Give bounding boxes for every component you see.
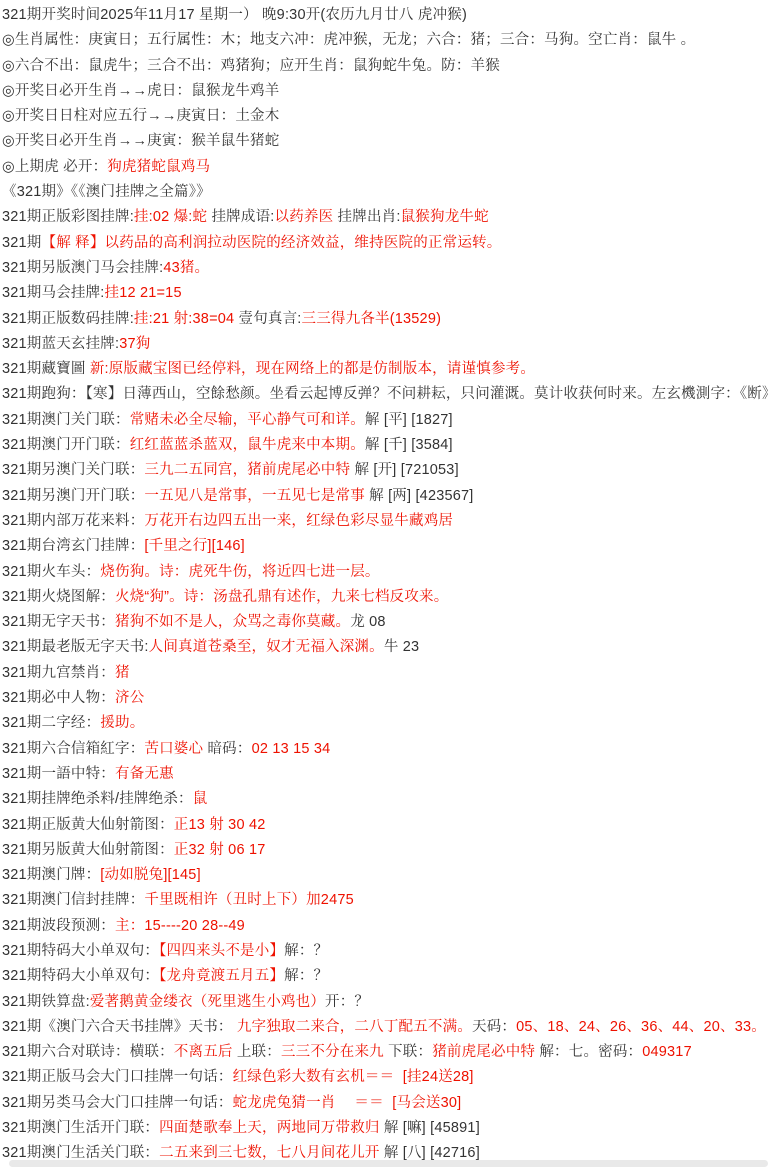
highlight-segment: 火烧“狗”。诗：汤盘孔鼎有述作，九来七档反攻来。 — [115, 589, 448, 605]
text-line: 321期马会挂牌:挂12 21=15 — [2, 281, 768, 306]
text-segment: 321期澳门关门联： — [2, 412, 130, 428]
highlight-segment: 二五来到三七数，七八月间花儿开 — [159, 1145, 384, 1161]
text-line: 321期九宫禁肖：猪 — [2, 661, 768, 686]
text-segment: 《321期》《《澳门挂牌之全篇》》 — [2, 184, 211, 200]
text-line: 321期蓝天玄挂牌:37狗 — [2, 332, 768, 357]
text-segment: 321期正版马会大门口挂牌一句话： — [2, 1069, 233, 1085]
text-segment: 321期特码大小单双句： — [2, 943, 159, 959]
highlight-segment: 【解 释】以药品的高利润拉动医院的经济效益，维持医院的正常运转。 — [42, 235, 502, 251]
highlight-segment: 049317 — [642, 1044, 692, 1060]
highlight-segment: 狗虎猪蛇鼠鸡马 — [107, 159, 210, 175]
highlight-segment: 济公 — [115, 690, 144, 706]
text-segment: 321期九宫禁肖： — [2, 665, 115, 681]
text-segment: 解：七。密码： — [535, 1044, 642, 1060]
text-line: 321期藏寶圖 新:原版藏宝图已经停料，现在网络上的都是仿制版本，请谨慎参考。 — [2, 357, 768, 382]
text-segment: 321期另版黄大仙射箭图： — [2, 842, 174, 858]
highlight-segment: 有备无惠 — [115, 766, 174, 782]
text-line: ◎上期虎 必开：狗虎猪蛇鼠鸡马 — [2, 155, 768, 180]
highlight-segment: 【四四来头不是小】 — [159, 943, 284, 959]
text-segment: 321期火烧图解： — [2, 589, 115, 605]
text-line: 321期另版澳门马会挂牌:43猪。 — [2, 256, 768, 281]
text-line: ◎开奖日必开生肖→→虎日：鼠猴龙牛鸡羊 — [2, 79, 768, 104]
text-line: 321期【解 释】以药品的高利润拉动医院的经济效益，维持医院的正常运转。 — [2, 231, 768, 256]
highlight-segment: [动如脱兔][145] — [100, 867, 201, 883]
text-line: 321期一語中特：有备无惠 — [2, 762, 768, 787]
text-segment: 下联： — [384, 1044, 432, 1060]
highlight-segment: 猪前虎尾必中特 — [432, 1044, 535, 1060]
text-segment: 321期另澳门关门联： — [2, 462, 144, 478]
text-segment: 321期内部万花来料： — [2, 513, 144, 529]
text-segment: 暗码： — [203, 741, 251, 757]
text-segment: 321期澳门生活开门联： — [2, 1120, 159, 1136]
text-segment: 321期一語中特： — [2, 766, 115, 782]
text-line: 321期挂牌绝杀料/挂牌绝杀：鼠 — [2, 787, 768, 812]
text-segment: 321期火车头： — [2, 564, 100, 580]
text-segment: 321期正版数码挂牌: — [2, 311, 134, 327]
highlight-segment: 红绿色彩大数有玄机＝＝ [挂24送28] — [233, 1069, 474, 1085]
text-line: ◎开奖日日柱对应五行→→庚寅日：土金木 — [2, 104, 768, 129]
text-segment: 321期铁算盘: — [2, 994, 90, 1010]
text-segment: ◎开奖日必开生肖→→虎日：鼠猴龙牛鸡羊 — [2, 83, 279, 99]
text-segment: 321期正版黄大仙射箭图： — [2, 817, 174, 833]
highlight-segment: 主：15----20 28--49 — [115, 918, 245, 934]
text-segment: 321期台湾玄门挂牌： — [2, 538, 144, 554]
text-line: 321期正版数码挂牌:挂:21 射:38=04 壹句真言:三三得九各半(1352… — [2, 307, 768, 332]
text-line: 321期六合信箱紅字：苦口婆心 暗码：02 13 15 34 — [2, 737, 768, 762]
text-line: 《321期》《《澳门挂牌之全篇》》 — [2, 180, 768, 205]
text-line: 321期另澳门开门联：一五见八是常事，一五见七是常事 解 [两] [423567… — [2, 484, 768, 509]
highlight-segment: 千里既相许（丑时上下）加2475 — [144, 892, 353, 908]
text-segment: 321期《澳门六合天书挂牌》天书： — [2, 1019, 237, 1035]
text-line: 321期特码大小单双句：【四四来头不是小】解：？ — [2, 939, 768, 964]
text-line: 321期另版黄大仙射箭图：正32 射 06 17 — [2, 838, 768, 863]
highlight-segment: 三三得九各半(13529) — [302, 311, 442, 327]
text-segment: 牛 23 — [384, 639, 419, 655]
highlight-segment: 不离五后 — [174, 1044, 233, 1060]
text-segment: 解：？ — [284, 943, 328, 959]
text-line: 321期波段预测：主：15----20 28--49 — [2, 914, 768, 939]
highlight-segment: 常赌未必全尽输，平心静气可和详。 — [130, 412, 365, 428]
text-line: 321期无字天书：猪狗不如不是人，众骂之毒你莫藏。龙 08 — [2, 610, 768, 635]
highlight-segment: [千里之行][146] — [144, 538, 245, 554]
highlight-segment: 爱著鹅黄金缕衣（死里逃生小鸡也） — [90, 994, 325, 1010]
text-line: 321期六合对联诗：横联：不离五后 上联：三三不分在来九 下联：猪前虎尾必中特 … — [2, 1040, 768, 1065]
text-segment: 挂牌成语: — [207, 209, 274, 225]
text-segment: 解：？ — [284, 968, 328, 984]
text-segment: 挂牌出肖: — [333, 209, 400, 225]
text-line: 321期正版彩图挂牌:挂:02 爆:蛇 挂牌成语:以药养医 挂牌出肖:鼠猴狗龙牛… — [2, 205, 768, 230]
highlight-segment: 三三不分在来九 — [281, 1044, 384, 1060]
highlight-segment: 鼠猴狗龙牛蛇 — [401, 209, 489, 225]
text-segment: 321期澳门开门联： — [2, 437, 130, 453]
text-segment: 龙 08 — [350, 614, 385, 630]
highlight-segment: 05、18、24、26、36、44、20、33。 — [516, 1019, 766, 1035]
highlight-segment: 以药养医 — [275, 209, 334, 225]
text-segment: 321期澳门牌： — [2, 867, 100, 883]
highlight-segment: 九字独取二来合，二八丁配五不满。 — [237, 1019, 472, 1035]
highlight-segment: 四面楚歌奉上天，两地同万带救归 — [159, 1120, 384, 1136]
text-line: 321期澳门牌：[动如脱兔][145] — [2, 863, 768, 888]
text-segment: 解 [开] [721053] — [354, 462, 458, 478]
text-segment: 321期特码大小单双句： — [2, 968, 159, 984]
text-line: 321期澳门关门联：常赌未必全尽输，平心静气可和详。解 [平] [1827] — [2, 408, 768, 433]
text-segment: 321期正版彩图挂牌: — [2, 209, 134, 225]
text-line: ◎生肖属性：庚寅日；五行属性：木；地支六冲：虎冲猴，无龙；六合：猪；三合：马狗。… — [2, 28, 768, 53]
text-segment: ◎开奖日日柱对应五行→→庚寅日：土金木 — [2, 108, 279, 124]
text-segment: 壹句真言: — [234, 311, 301, 327]
text-segment: 321期六合对联诗：横联： — [2, 1044, 174, 1060]
text-segment: ◎开奖日必开生肖→→庚寅：猴羊鼠牛猪蛇 — [2, 133, 279, 149]
text-line: 321期澳门开门联：红红蓝蓝杀蓝双，鼠牛虎来中本期。解 [千] [3584] — [2, 433, 768, 458]
highlight-segment: 43猪。 — [163, 260, 209, 276]
text-line: ◎六合不出：鼠虎牛；三合不出：鸡猪狗；应开生肖：鼠狗蛇牛兔。防：羊猴 — [2, 54, 768, 79]
highlight-segment: 猪 — [115, 665, 130, 681]
text-segment: 321期最老版无字天书: — [2, 639, 149, 655]
text-segment: 上联： — [233, 1044, 281, 1060]
text-line: 321期二字经：援助。 — [2, 711, 768, 736]
text-line: 321期正版黄大仙射箭图：正13 射 30 42 — [2, 813, 768, 838]
text-segment: 321期波段预测： — [2, 918, 115, 934]
text-segment: 解 [平] [1827] — [365, 412, 453, 428]
highlight-segment: 【龙舟竟渡五月五】 — [159, 968, 284, 984]
highlight-segment: 蛇龙虎兔猜一肖 ＝＝ [马会送30] — [233, 1095, 462, 1111]
highlight-segment: 烧伤狗。诗：虎死牛伤，将近四七进一层。 — [100, 564, 379, 580]
text-line: 321期内部万花来料：万花开右边四五出一来，红绿色彩尽显牛藏鸡居 — [2, 509, 768, 534]
highlight-segment: 援助。 — [100, 715, 144, 731]
highlight-segment: 挂:02 爆:蛇 — [134, 209, 207, 225]
highlight-segment: 鼠 — [193, 791, 208, 807]
text-line: 321期另类马会大门口挂牌一句话：蛇龙虎兔猜一肖 ＝＝ [马会送30] — [2, 1091, 768, 1116]
text-segment: 321期另澳门开门联： — [2, 488, 144, 504]
highlight-segment: 一五见八是常事，一五见七是常事 — [144, 488, 369, 504]
text-line: 321期另澳门关门联：三九二五同宫，猪前虎尾必中特 解 [开] [721053] — [2, 458, 768, 483]
text-segment: 解 [八] [42716] — [384, 1145, 480, 1161]
text-segment: ◎上期虎 必开： — [2, 159, 107, 175]
horizontal-scrollbar[interactable] — [9, 1160, 768, 1167]
text-segment: 321期澳门信封挂牌： — [2, 892, 144, 908]
highlight-segment: 红红蓝蓝杀蓝双，鼠牛虎来中本期。 — [130, 437, 365, 453]
text-line: 321期正版马会大门口挂牌一句话：红绿色彩大数有玄机＝＝ [挂24送28] — [2, 1065, 768, 1090]
highlight-segment: 正32 射 06 17 — [174, 842, 266, 858]
text-segment: 321期马会挂牌: — [2, 285, 105, 301]
text-segment: 解 [千] [3584] — [365, 437, 453, 453]
highlight-segment: 37狗 — [119, 336, 150, 352]
text-line: 321期最老版无字天书:人间真道苍桑至，奴才无福入深渊。牛 23 — [2, 635, 768, 660]
text-segment: 321期二字经： — [2, 715, 100, 731]
text-segment: 321期开奖时间2025年11月17 星期一） 晚9:30开(农历九月廿八 虎冲… — [2, 7, 467, 23]
highlight-segment: 苦口婆心 — [144, 741, 203, 757]
text-segment: 321期跑狗：【寒】日薄西山，空餘愁颜。坐看云起博反弹？不问耕耘，只问灌溉。莫计… — [2, 386, 768, 402]
text-segment: 321期蓝天玄挂牌: — [2, 336, 119, 352]
text-segment: ◎六合不出：鼠虎牛；三合不出：鸡猪狗；应开生肖：鼠狗蛇牛兔。防：羊猴 — [2, 58, 500, 74]
highlight-segment: 挂:21 射:38=04 — [134, 311, 234, 327]
text-segment: 321期必中人物： — [2, 690, 115, 706]
text-segment: 解 [嘛] [45891] — [384, 1120, 480, 1136]
text-line: 321期《澳门六合天书挂牌》天书： 九字独取二来合，二八丁配五不满。天码：05、… — [2, 1015, 768, 1040]
highlight-segment: 万花开右边四五出一来，红绿色彩尽显牛藏鸡居 — [144, 513, 453, 529]
highlight-segment: 挂12 21=15 — [105, 285, 182, 301]
lottery-info-content: 321期开奖时间2025年11月17 星期一） 晚9:30开(农历九月廿八 虎冲… — [2, 3, 768, 1167]
text-segment: 321期 — [2, 235, 42, 251]
text-segment: 321期无字天书： — [2, 614, 115, 630]
text-segment: 开：？ — [325, 994, 369, 1010]
text-line: 321期特码大小单双句：【龙舟竟渡五月五】解：？ — [2, 964, 768, 989]
text-line: 321期开奖时间2025年11月17 星期一） 晚9:30开(农历九月廿八 虎冲… — [2, 3, 768, 28]
highlight-segment: 正13 射 30 42 — [174, 817, 266, 833]
text-segment: 321期六合信箱紅字： — [2, 741, 144, 757]
text-line: 321期澳门生活开门联：四面楚歌奉上天，两地同万带救归 解 [嘛] [45891… — [2, 1116, 768, 1141]
text-segment: ◎生肖属性：庚寅日；五行属性：木；地支六冲：虎冲猴，无龙；六合：猪；三合：马狗。… — [2, 32, 695, 48]
text-line: 321期必中人物：济公 — [2, 686, 768, 711]
text-segment: 天码： — [472, 1019, 516, 1035]
text-segment: 321期另类马会大门口挂牌一句话： — [2, 1095, 233, 1111]
text-segment: 321期另版澳门马会挂牌: — [2, 260, 163, 276]
text-line: 321期台湾玄门挂牌：[千里之行][146] — [2, 534, 768, 559]
highlight-segment: 人间真道苍桑至，奴才无福入深渊。 — [149, 639, 384, 655]
highlight-segment: 三九二五同宫，猪前虎尾必中特 — [144, 462, 354, 478]
text-line: 321期跑狗：【寒】日薄西山，空餘愁颜。坐看云起博反弹？不问耕耘，只问灌溉。莫计… — [2, 382, 768, 407]
text-line: 321期火车头：烧伤狗。诗：虎死牛伤，将近四七进一层。 — [2, 560, 768, 585]
highlight-segment: 猪狗不如不是人，众骂之毒你莫藏。 — [115, 614, 350, 630]
text-line: 321期澳门信封挂牌：千里既相许（丑时上下）加2475 — [2, 888, 768, 913]
text-line: ◎开奖日必开生肖→→庚寅：猴羊鼠牛猪蛇 — [2, 129, 768, 154]
highlight-segment: 02 13 15 34 — [252, 741, 331, 757]
text-line: 321期火烧图解：火烧“狗”。诗：汤盘孔鼎有述作，九来七档反攻来。 — [2, 585, 768, 610]
text-line: 321期铁算盘:爱著鹅黄金缕衣（死里逃生小鸡也）开：？ — [2, 990, 768, 1015]
highlight-segment: 新:原版藏宝图已经停料，现在网络上的都是仿制版本，请谨慎参考。 — [90, 361, 535, 377]
text-segment: 321期挂牌绝杀料/挂牌绝杀： — [2, 791, 193, 807]
text-segment: 321期藏寶圖 — [2, 361, 90, 377]
text-segment: 解 [两] [423567] — [369, 488, 473, 504]
text-segment: 321期澳门生活关门联： — [2, 1145, 159, 1161]
